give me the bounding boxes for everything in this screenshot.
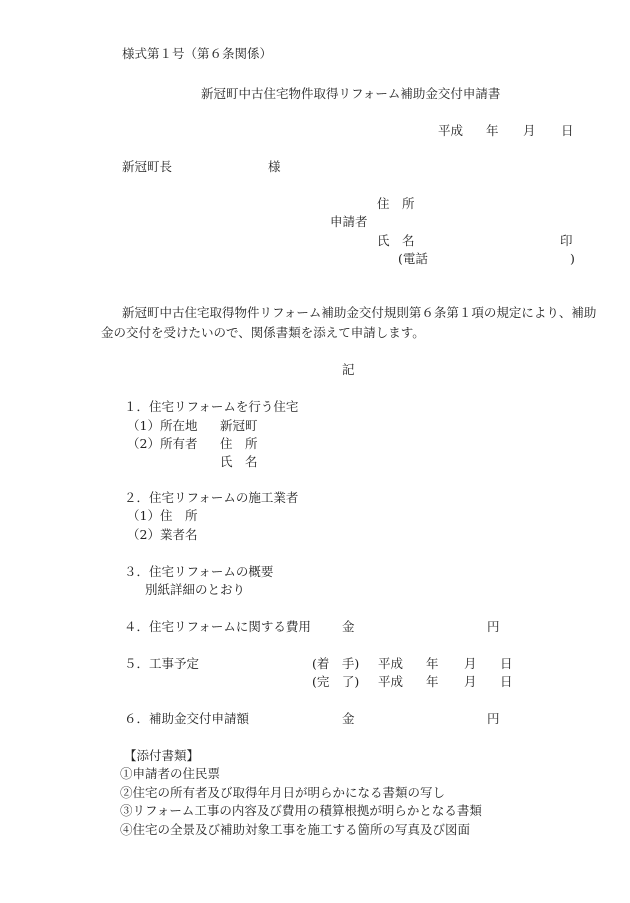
section-5-heading: ５．工事予定: [124, 656, 199, 672]
start-day: 日: [500, 656, 513, 672]
end-label: (完 了): [312, 674, 359, 690]
owner-name-label: 氏 名: [220, 454, 258, 470]
attachments-heading: 【添付書類】: [124, 748, 199, 764]
seal-mark: 印: [560, 233, 573, 249]
start-era: 平成: [378, 656, 403, 672]
applicant-address-label: 住 所: [377, 196, 415, 212]
attachment-item: ①申請者の住民票: [120, 766, 220, 782]
body-text-line2: 金の交付を受けたいので、関係書類を添えて申請します。: [101, 325, 425, 341]
location-value: 新冠町: [220, 418, 258, 434]
subsidy-kin: 金: [342, 711, 355, 727]
end-era: 平成: [378, 674, 403, 690]
document-title: 新冠町中古住宅物件取得リフォーム補助金交付申請書: [201, 86, 500, 102]
phone-open: (電話: [398, 251, 428, 267]
section-1-heading: １．住宅リフォームを行う住宅: [124, 399, 298, 415]
ki-heading: 記: [342, 362, 355, 378]
contractor-name-label: （2）業者名: [127, 527, 197, 543]
attachment-item: ③リフォーム工事の内容及び費用の積算根拠が明らかとなる書類: [120, 803, 482, 819]
start-year: 年: [426, 656, 439, 672]
owner-address-label: 住 所: [220, 436, 258, 452]
attachment-item: ②住宅の所有者及び取得年月日が明らかになる書類の写し: [120, 785, 445, 801]
section-6-heading: ６．補助金交付申請額: [124, 711, 249, 727]
end-year: 年: [426, 674, 439, 690]
subsidy-yen: 円: [487, 711, 500, 727]
applicant-label: 申請者: [330, 214, 368, 230]
attachment-item: ④住宅の全景及び補助対象工事を施工する箇所の写真及び図面: [120, 822, 470, 838]
location-label: （1）所在地: [127, 418, 197, 434]
end-month: 月: [464, 674, 477, 690]
date-month: 月: [523, 123, 536, 139]
start-month: 月: [464, 656, 477, 672]
overview-note: 別紙詳細のとおり: [145, 582, 245, 598]
date-year: 年: [486, 123, 499, 139]
addressee-name: 新冠町長: [122, 159, 172, 175]
start-label: (着 手): [312, 656, 359, 672]
section-2-heading: ２．住宅リフォームの施工業者: [124, 490, 298, 506]
phone-close: ): [570, 251, 575, 267]
contractor-address-label: （1）住 所: [127, 508, 197, 524]
cost-kin: 金: [342, 619, 355, 635]
cost-yen: 円: [487, 619, 500, 635]
section-3-heading: ３．住宅リフォームの概要: [124, 564, 273, 580]
section-4-heading: ４．住宅リフォームに関する費用: [124, 619, 311, 635]
end-day: 日: [500, 674, 513, 690]
date-era: 平成: [438, 123, 463, 139]
applicant-name-label: 氏 名: [377, 233, 415, 249]
form-number: 様式第１号（第６条関係）: [122, 46, 272, 62]
date-day: 日: [561, 123, 574, 139]
owner-label: （2）所有者: [127, 436, 197, 452]
body-text-line1: 新冠町中古住宅取得物件リフォーム補助金交付規則第６条第１項の規定により、補助: [122, 305, 596, 321]
addressee-honorific: 様: [268, 159, 281, 175]
